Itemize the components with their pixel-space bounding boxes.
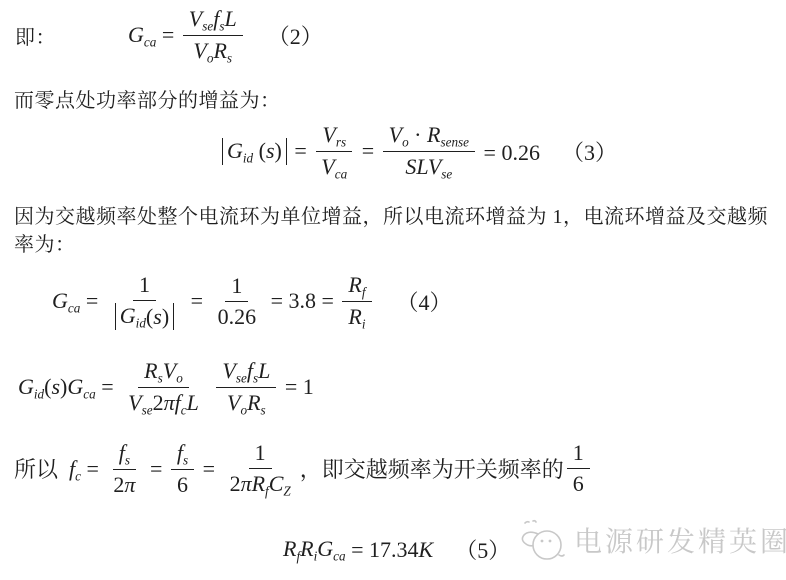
equation-3: Gid (s) = VrsVca = Vo · RsenseSLVse = 0.…: [220, 122, 617, 181]
watermark: 电源研发精英圈: [518, 514, 786, 566]
equation-4: Gca = 1Gid(s) = 10.26 = 3.8 = RfRi （4）: [52, 272, 452, 331]
watermark-text: 电源研发精英圈: [574, 520, 786, 560]
equation-2: Gca = VsefsLVoRs （2）: [128, 6, 323, 65]
paragraph-zero-gain: 而零点处功率部分的增益为：: [14, 84, 281, 113]
chick-mascot-icon: [518, 514, 566, 566]
equation-2-row: 即： Gca = VsefsLVoRs （2）: [15, 6, 323, 65]
equation-loop-gain: Gid(s)Gca = RsVoVse2πfcL VsefsLVoRs = 1: [18, 358, 314, 417]
equation-crossover-frequency: 所以 fc = fs2π = fs6 = 12πRfCZ，即交越频率为开关频率的…: [14, 440, 593, 498]
paragraph-crossover: 因为交越频率处整个电流环为单位增益，所以电流环增益为 1，电流环增益及交越频率为…: [14, 203, 780, 259]
document-page: 即： Gca = VsefsLVoRs （2） 而零点处功率部分的增益为： Gi…: [0, 0, 786, 580]
lead-in-label: 即：: [15, 21, 56, 50]
equation-5: RfRiGca = 17.34K （5）: [283, 534, 510, 565]
